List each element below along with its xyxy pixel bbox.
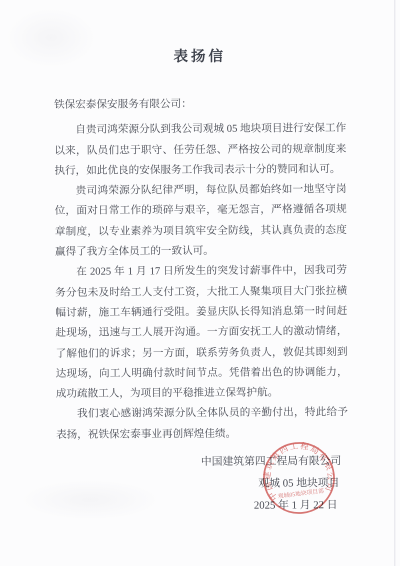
signature-block: 中国建筑第四工程局有限公司 观城 05 地块项目 2025 年 1 月 22 日 [56,451,348,518]
signature-project: 观城 05 地块项目 [56,473,348,497]
letter-salutation: 铁保宏泰保安服务有限公司： [54,94,346,116]
signature-date: 2025 年 1 月 22 日 [56,495,348,519]
scanned-letter-page: 表扬信 铁保宏泰保安服务有限公司： 自贵司鸿荣源分队到我公司观城 05 地块项目… [0,0,400,566]
paragraph-3: 在 2025 年 1 月 17 日所发生的突发讨薪事件中，因我司劳务分包未及时给… [55,261,348,405]
letter-title: 表扬信 [53,0,345,67]
signature-company: 中国建筑第四工程局有限公司 [56,451,348,475]
paragraph-1: 自贵司鸿荣源分队到我公司观城 05 地块项目进行安保工作以来，队员们忠于职守、任… [54,119,346,182]
page-edge-shadow [394,0,396,566]
paragraph-2: 贵司鸿荣源分队纪律严明，每位队员都始终如一地坚守岗位，面对日常工作的琐碎与艰辛，… [55,180,347,263]
letter-content: 表扬信 铁保宏泰保安服务有限公司： 自贵司鸿荣源分队到我公司观城 05 地块项目… [53,0,348,518]
paragraph-4: 我们衷心感谢鸿荣源分队全体队员的辛勤付出，特此给予表扬，祝铁保宏泰事业再创辉煌佳… [56,404,348,446]
